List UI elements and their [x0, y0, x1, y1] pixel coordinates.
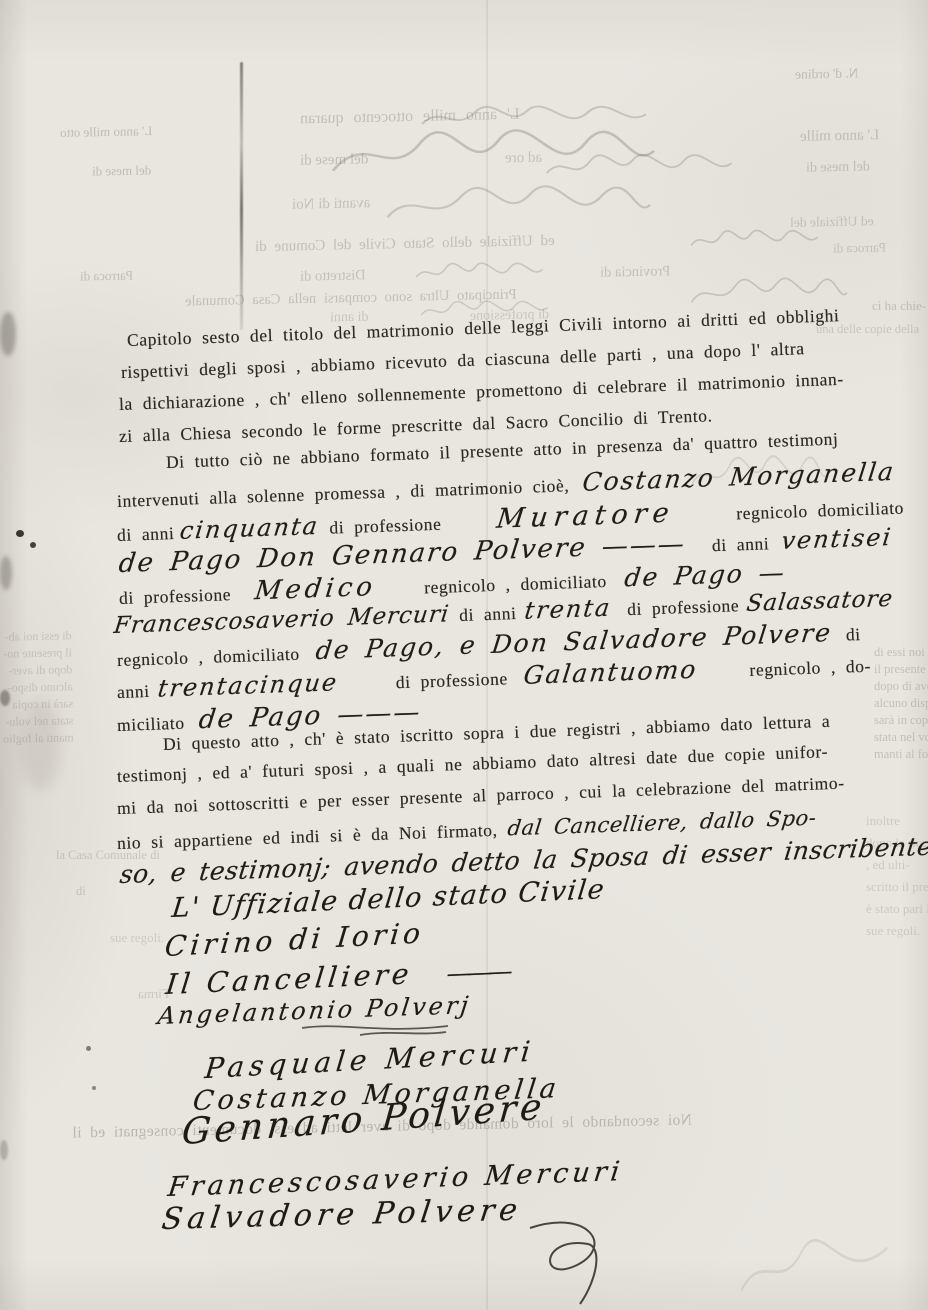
signature-official-name: Cirino di Iorio [164, 916, 425, 963]
flourish-dash: ——— [446, 957, 510, 988]
hw-witness4-age: trentacinque [156, 668, 340, 702]
act-text: di professione [627, 595, 740, 620]
act-text: regnicolo domiciliato [736, 498, 904, 525]
ink-speck [86, 1046, 91, 1051]
act-text: miciliato [117, 713, 185, 736]
ghost-handwriting-squiggle [690, 225, 820, 259]
hw-closing-1: dal Cancelliere, dallo Spo- [506, 806, 818, 841]
hw-witness1-age: cinquanta [179, 512, 321, 545]
ghost-margin-column-right: di essi noi ab- il presente no- dopo di … [874, 644, 928, 763]
hw-witness2-residence: de Pago — [623, 558, 788, 593]
ghost-fragment-di: di [76, 884, 86, 899]
binding-crease [240, 62, 243, 330]
ghost-line-mese-left: del mese di [92, 162, 152, 179]
act-text: di professione [119, 584, 232, 609]
act-text: di anni [117, 523, 175, 546]
ghost-line-avanti: avanti di Noi [292, 195, 371, 214]
ghost-line-uffiziale: ed Uffiziale dello Stato Civile del Comu… [255, 233, 555, 256]
act-text: regnicolo , do- [749, 656, 871, 681]
signature-loop-flourish [520, 1216, 620, 1310]
ghost-handwriting-squiggle [415, 258, 545, 290]
hw-witness2-age: ventisei [779, 523, 893, 555]
ghost-order-number: N. d' ordine [795, 65, 859, 82]
ghost-line-anno-right: L' anno mille [800, 127, 880, 146]
hw-witness3-age: trenta [523, 594, 613, 625]
hw-witness4-profession: Galantuomo [522, 655, 699, 690]
ghost-line-distretto: Distretto di [300, 267, 366, 285]
act-text: di anni [712, 533, 770, 556]
act-text: regnicolo , domiciliato [117, 644, 300, 671]
paper-smudge [20, 700, 60, 790]
ghost-line-anno-left: L' anno mille otto [60, 123, 153, 141]
edge-stain [0, 690, 10, 706]
ghost-fragment-chiesto: ci ha chie- [872, 298, 926, 314]
act-text: di professione [329, 514, 442, 539]
ghost-line-provincia: Provincia di [600, 263, 671, 281]
ghost-line-mese-right: del mese di [806, 159, 870, 176]
ghost-line-parroco-left: Parroca di [80, 267, 133, 284]
hw-witness1-profession: Muratore [494, 497, 676, 534]
hw-witness2-profession: Medico [253, 572, 378, 606]
edge-stain [0, 1140, 8, 1160]
ghost-handwriting-squiggle [385, 182, 655, 234]
act-text: anni [117, 681, 150, 703]
hw-witness3-profession: Salassatore [746, 586, 896, 617]
act-text: di [846, 624, 862, 646]
ghost-line-parroco-right: Parroca di [833, 239, 886, 256]
act-text: di anni [459, 603, 517, 626]
ghost-margin-column-right-lower: inoltre dopo la ricer- , ed ulti- scritt… [866, 810, 928, 942]
edge-stain [0, 556, 12, 590]
pencil-scribble [740, 1238, 890, 1298]
act-text: di professione [395, 668, 508, 693]
marriage-record-scan: N. d' ordine L' anno mille ottocento qua… [0, 0, 928, 1310]
ink-speck [16, 530, 24, 537]
ink-speck [30, 542, 36, 548]
signature-underline-flourish [300, 1020, 450, 1038]
edge-stain [0, 312, 16, 356]
ink-speck [92, 1086, 96, 1090]
ghost-fragment-regoli: sue regoli. [110, 930, 164, 946]
